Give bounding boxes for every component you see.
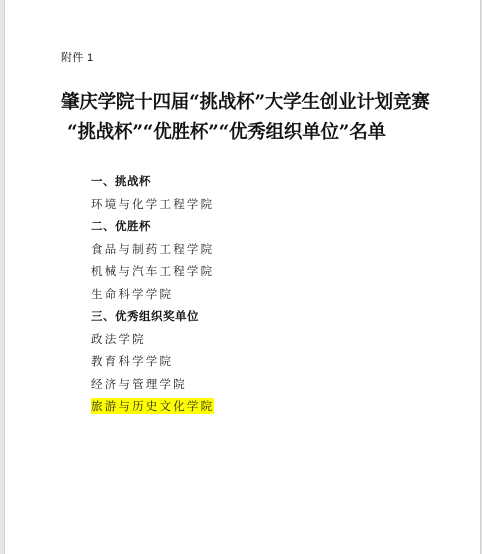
list-item: 生命科学学院	[91, 283, 214, 306]
section-heading-challenge-cup: 一、挑战杯	[91, 170, 214, 193]
list-item: 经济与管理学院	[91, 373, 214, 396]
list-item: 政法学院	[91, 328, 214, 351]
list-item: 食品与制药工程学院	[91, 238, 214, 261]
attachment-label: 附件 1	[61, 49, 93, 65]
document-title: 肇庆学院十四届“挑战杯”大学生创业计划竞赛 “挑战杯”“优胜杯”“优秀组织单位”…	[61, 88, 461, 148]
document-viewer: 附件 1 肇庆学院十四届“挑战杯”大学生创业计划竞赛 “挑战杯”“优胜杯”“优秀…	[0, 0, 482, 554]
document-page: 附件 1 肇庆学院十四届“挑战杯”大学生创业计划竞赛 “挑战杯”“优胜杯”“优秀…	[4, 0, 481, 554]
section-heading-organization-award: 三、优秀组织奖单位	[91, 305, 214, 328]
list-item: 机械与汽车工程学院	[91, 260, 214, 283]
list-item: 教育科学学院	[91, 350, 214, 373]
title-line-1: 肇庆学院十四届“挑战杯”大学生创业计划竞赛	[61, 92, 430, 113]
list-item-highlighted: 旅游与历史文化学院	[91, 395, 214, 418]
title-line-2: “挑战杯”“优胜杯”“优秀组织单位”名单	[61, 118, 461, 148]
list-item: 环境与化学工程学院	[91, 193, 214, 216]
text-highlight: 旅游与历史文化学院	[91, 398, 214, 414]
section-heading-winner-cup: 二、优胜杯	[91, 215, 214, 238]
award-list: 一、挑战杯 环境与化学工程学院 二、优胜杯 食品与制药工程学院 机械与汽车工程学…	[91, 170, 214, 418]
